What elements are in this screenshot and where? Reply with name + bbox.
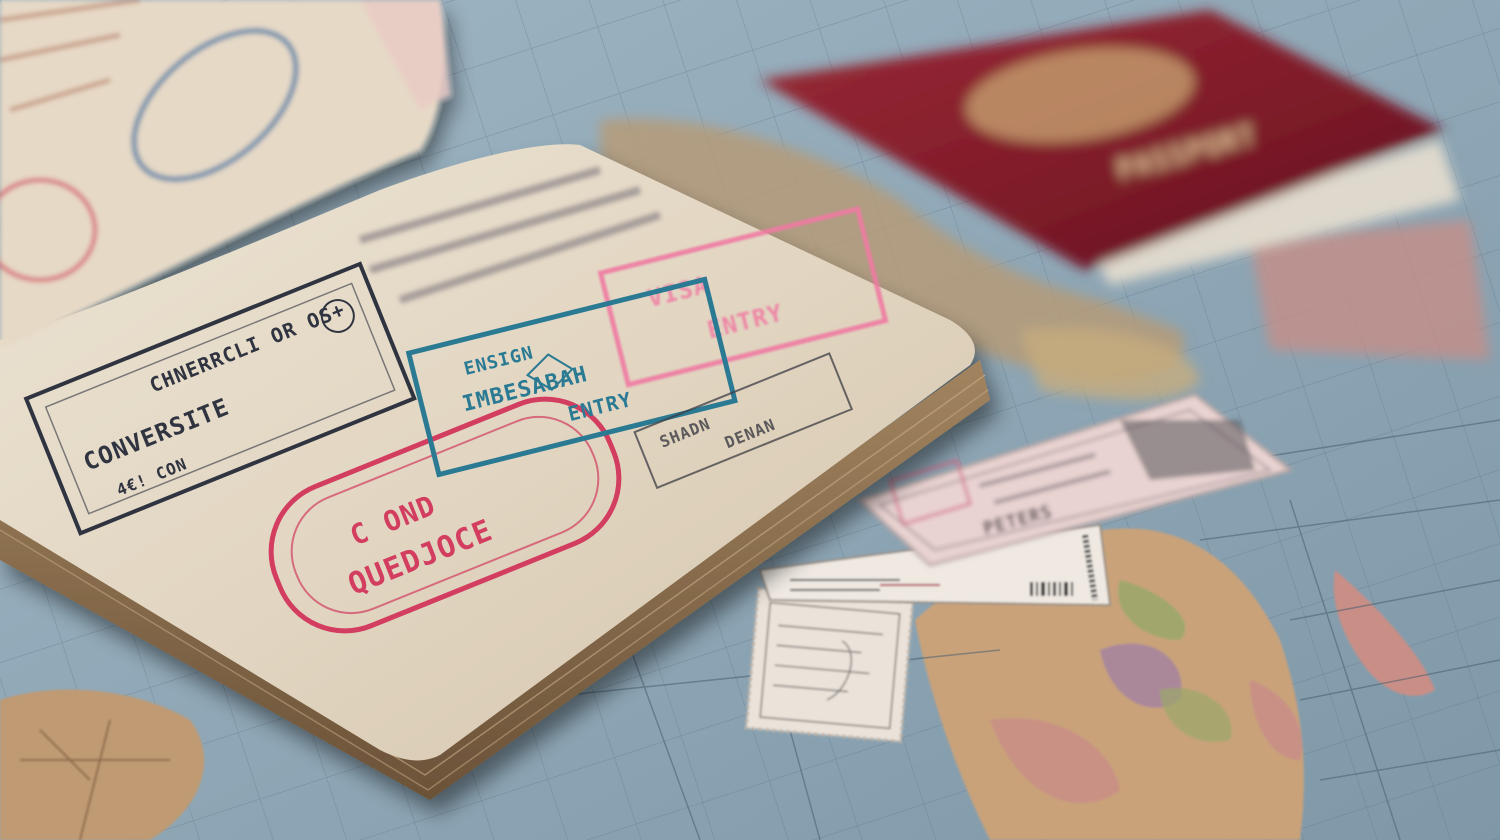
map-land-bottom-left <box>0 690 204 840</box>
postage-stamp <box>746 588 913 741</box>
travel-photo: PASSPORT <box>0 0 1500 840</box>
photo-illustration: PASSPORT <box>0 0 1500 840</box>
